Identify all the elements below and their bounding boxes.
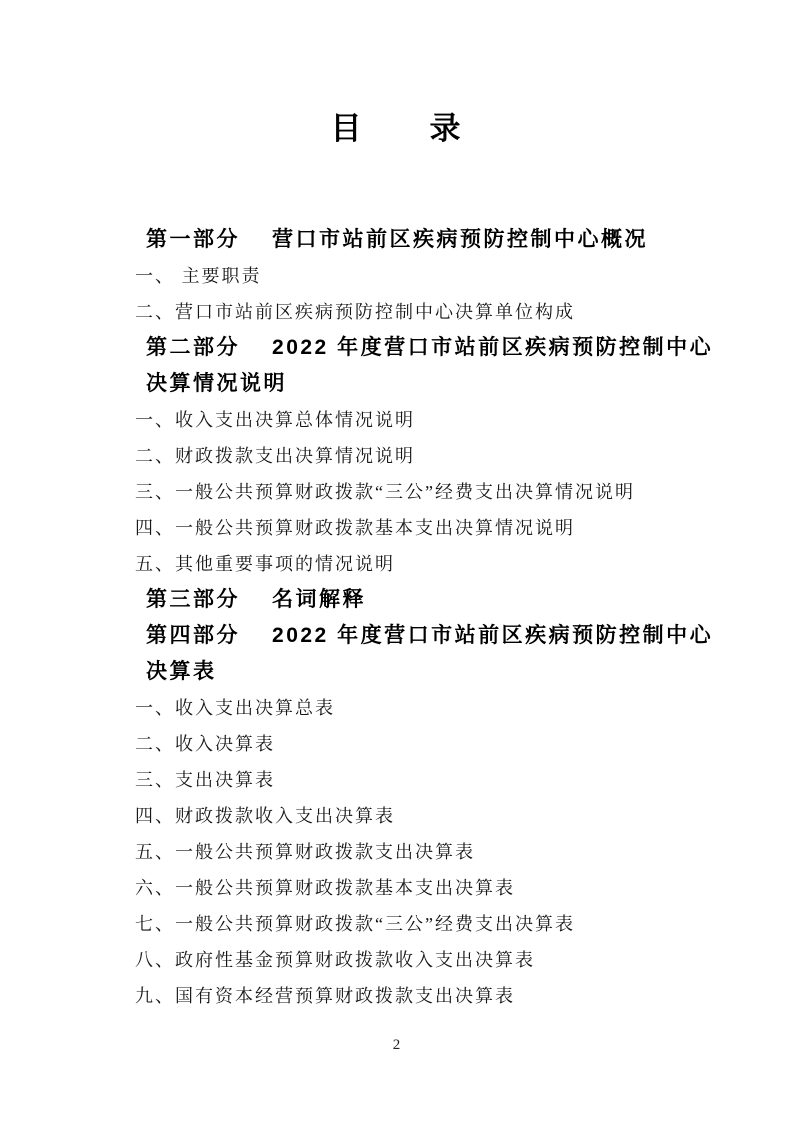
toc-part-title: 名词解释 (272, 588, 366, 611)
toc-part-title: 营口市站前区疾病预防控制中心概况 (272, 228, 648, 251)
toc-part-title: 决算情况说明 (146, 372, 287, 395)
toc-item-text: 三、一般公共预算财政拨款“三公”经费支出决算情况说明 (135, 482, 635, 502)
toc-item-text: 五、一般公共预算财政拨款支出决算表 (135, 842, 475, 862)
toc-part-title: 决算表 (146, 660, 217, 683)
page-title: 目 录 (0, 110, 793, 148)
toc-part-title: 2022 年度营口市站前区疾病预防控制中心 (272, 624, 713, 647)
toc-item-text: 三、支出决算表 (135, 770, 275, 790)
toc-part-heading: 第一部分营口市站前区疾病预防控制中心概况 (96, 186, 736, 222)
page-number: 2 (0, 1036, 793, 1054)
toc-item-text: 八、政府性基金预算财政拨款收入支出决算表 (135, 950, 535, 970)
toc-part-label: 第三部分 (146, 582, 272, 618)
document-page: 目 录 第一部分营口市站前区疾病预防控制中心概况 一、 主要职责 二、营口市站前… (0, 0, 793, 1122)
table-of-contents: 第一部分营口市站前区疾病预防控制中心概况 一、 主要职责 二、营口市站前区疾病预… (96, 186, 736, 978)
toc-item-text: 五、其他重要事项的情况说明 (135, 554, 395, 574)
toc-item-text: 九、国有资本经营预算财政拨款支出决算表 (135, 986, 515, 1006)
toc-item-text: 一、收入支出决算总表 (135, 698, 335, 718)
toc-item-text: 二、营口市站前区疾病预防控制中心决算单位构成 (135, 302, 575, 322)
toc-item-text: 二、财政拨款支出决算情况说明 (135, 446, 415, 466)
toc-part-title: 2022 年度营口市站前区疾病预防控制中心 (272, 336, 713, 359)
toc-item-text: 七、一般公共预算财政拨款“三公”经费支出决算表 (135, 914, 575, 934)
toc-item-text: 一、收入支出决算总体情况说明 (135, 410, 415, 430)
toc-part-label: 第四部分 (146, 618, 272, 654)
toc-item-text: 四、一般公共预算财政拨款基本支出决算情况说明 (135, 518, 575, 538)
toc-part-label: 第一部分 (146, 222, 272, 258)
toc-item-text: 一、 主要职责 (135, 266, 262, 286)
toc-item-text: 四、财政拨款收入支出决算表 (135, 806, 395, 826)
toc-part-label: 第二部分 (146, 330, 272, 366)
toc-item-text: 六、一般公共预算财政拨款基本支出决算表 (135, 878, 515, 898)
toc-item-text: 二、收入决算表 (135, 734, 275, 754)
